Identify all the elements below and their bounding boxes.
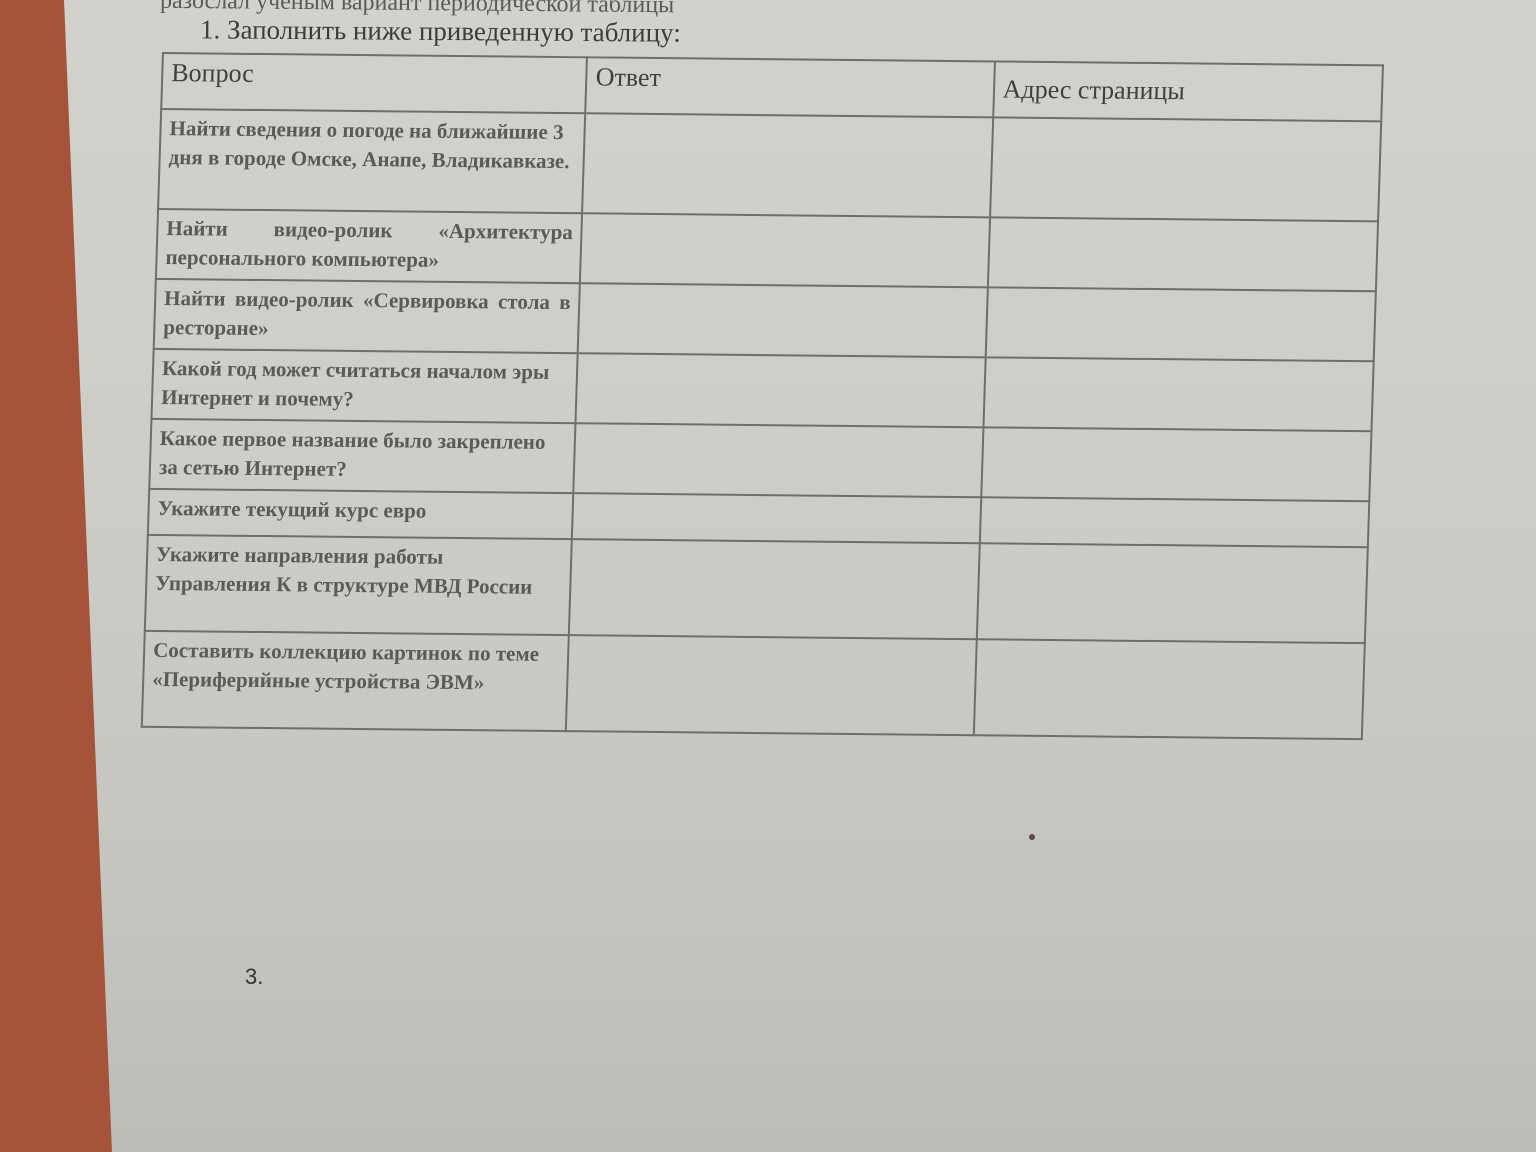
header-question: Вопрос	[161, 53, 587, 113]
answer-cell[interactable]	[580, 213, 989, 287]
header-answer: Ответ	[586, 57, 995, 117]
question-cell: Какой год может считаться началом эры Ин…	[151, 349, 578, 423]
address-cell[interactable]	[983, 357, 1374, 431]
address-cell[interactable]	[979, 497, 1369, 547]
paper-speck	[1029, 834, 1035, 840]
answer-cell[interactable]	[569, 539, 979, 639]
address-cell[interactable]	[987, 217, 1378, 291]
address-cell[interactable]	[973, 639, 1364, 739]
answer-cell[interactable]	[566, 635, 976, 735]
answer-cell[interactable]	[576, 353, 985, 427]
paper-sheet: разослал учёным вариант периодической та…	[0, 0, 1536, 1152]
table-row: Составить коллекцию картинок по теме «Пе…	[142, 631, 1365, 739]
questions-table: Вопрос Ответ Адрес страницы Найти сведен…	[141, 52, 1384, 740]
question-cell: Какое первое название было закреплено за…	[149, 419, 576, 493]
header-page-address: Адрес страницы	[993, 61, 1383, 121]
address-cell[interactable]	[990, 117, 1382, 221]
answer-cell[interactable]	[582, 113, 992, 217]
table-row: Найти видео-ролик «Архитектура персональ…	[156, 209, 1378, 291]
address-cell[interactable]	[976, 543, 1367, 643]
questions-table-wrapper: Вопрос Ответ Адрес страницы Найти сведен…	[141, 52, 1384, 740]
address-cell[interactable]	[985, 287, 1376, 361]
question-cell: Составить коллекцию картинок по теме «Пе…	[142, 631, 569, 731]
question-cell: Укажите текущий курс евро	[148, 489, 574, 539]
table-row: Найти видео-ролик «Сервировка стола в ре…	[154, 279, 1376, 361]
question-cell: Найти видео-ролик «Сервировка стола в ре…	[154, 279, 581, 353]
table-row: Укажите направления работы Управления К …	[145, 535, 1368, 643]
table-row: Какой год может считаться началом эры Ин…	[151, 349, 1373, 431]
answer-cell[interactable]	[574, 423, 983, 497]
question-cell: Найти сведения о погоде на ближайшие 3 д…	[158, 109, 586, 213]
answer-cell[interactable]	[578, 283, 987, 357]
next-item-number: 3.	[245, 964, 263, 990]
answer-cell[interactable]	[572, 493, 981, 543]
task-heading: 1. Заполнить ниже приведенную таблицу:	[200, 14, 681, 48]
address-cell[interactable]	[981, 427, 1372, 501]
table-row: Найти сведения о погоде на ближайшие 3 д…	[158, 109, 1381, 221]
question-cell: Укажите направления работы Управления К …	[145, 535, 572, 635]
table-row: Какое первое название было закреплено за…	[149, 419, 1371, 501]
question-cell: Найти видео-ролик «Архитектура персональ…	[156, 209, 583, 283]
